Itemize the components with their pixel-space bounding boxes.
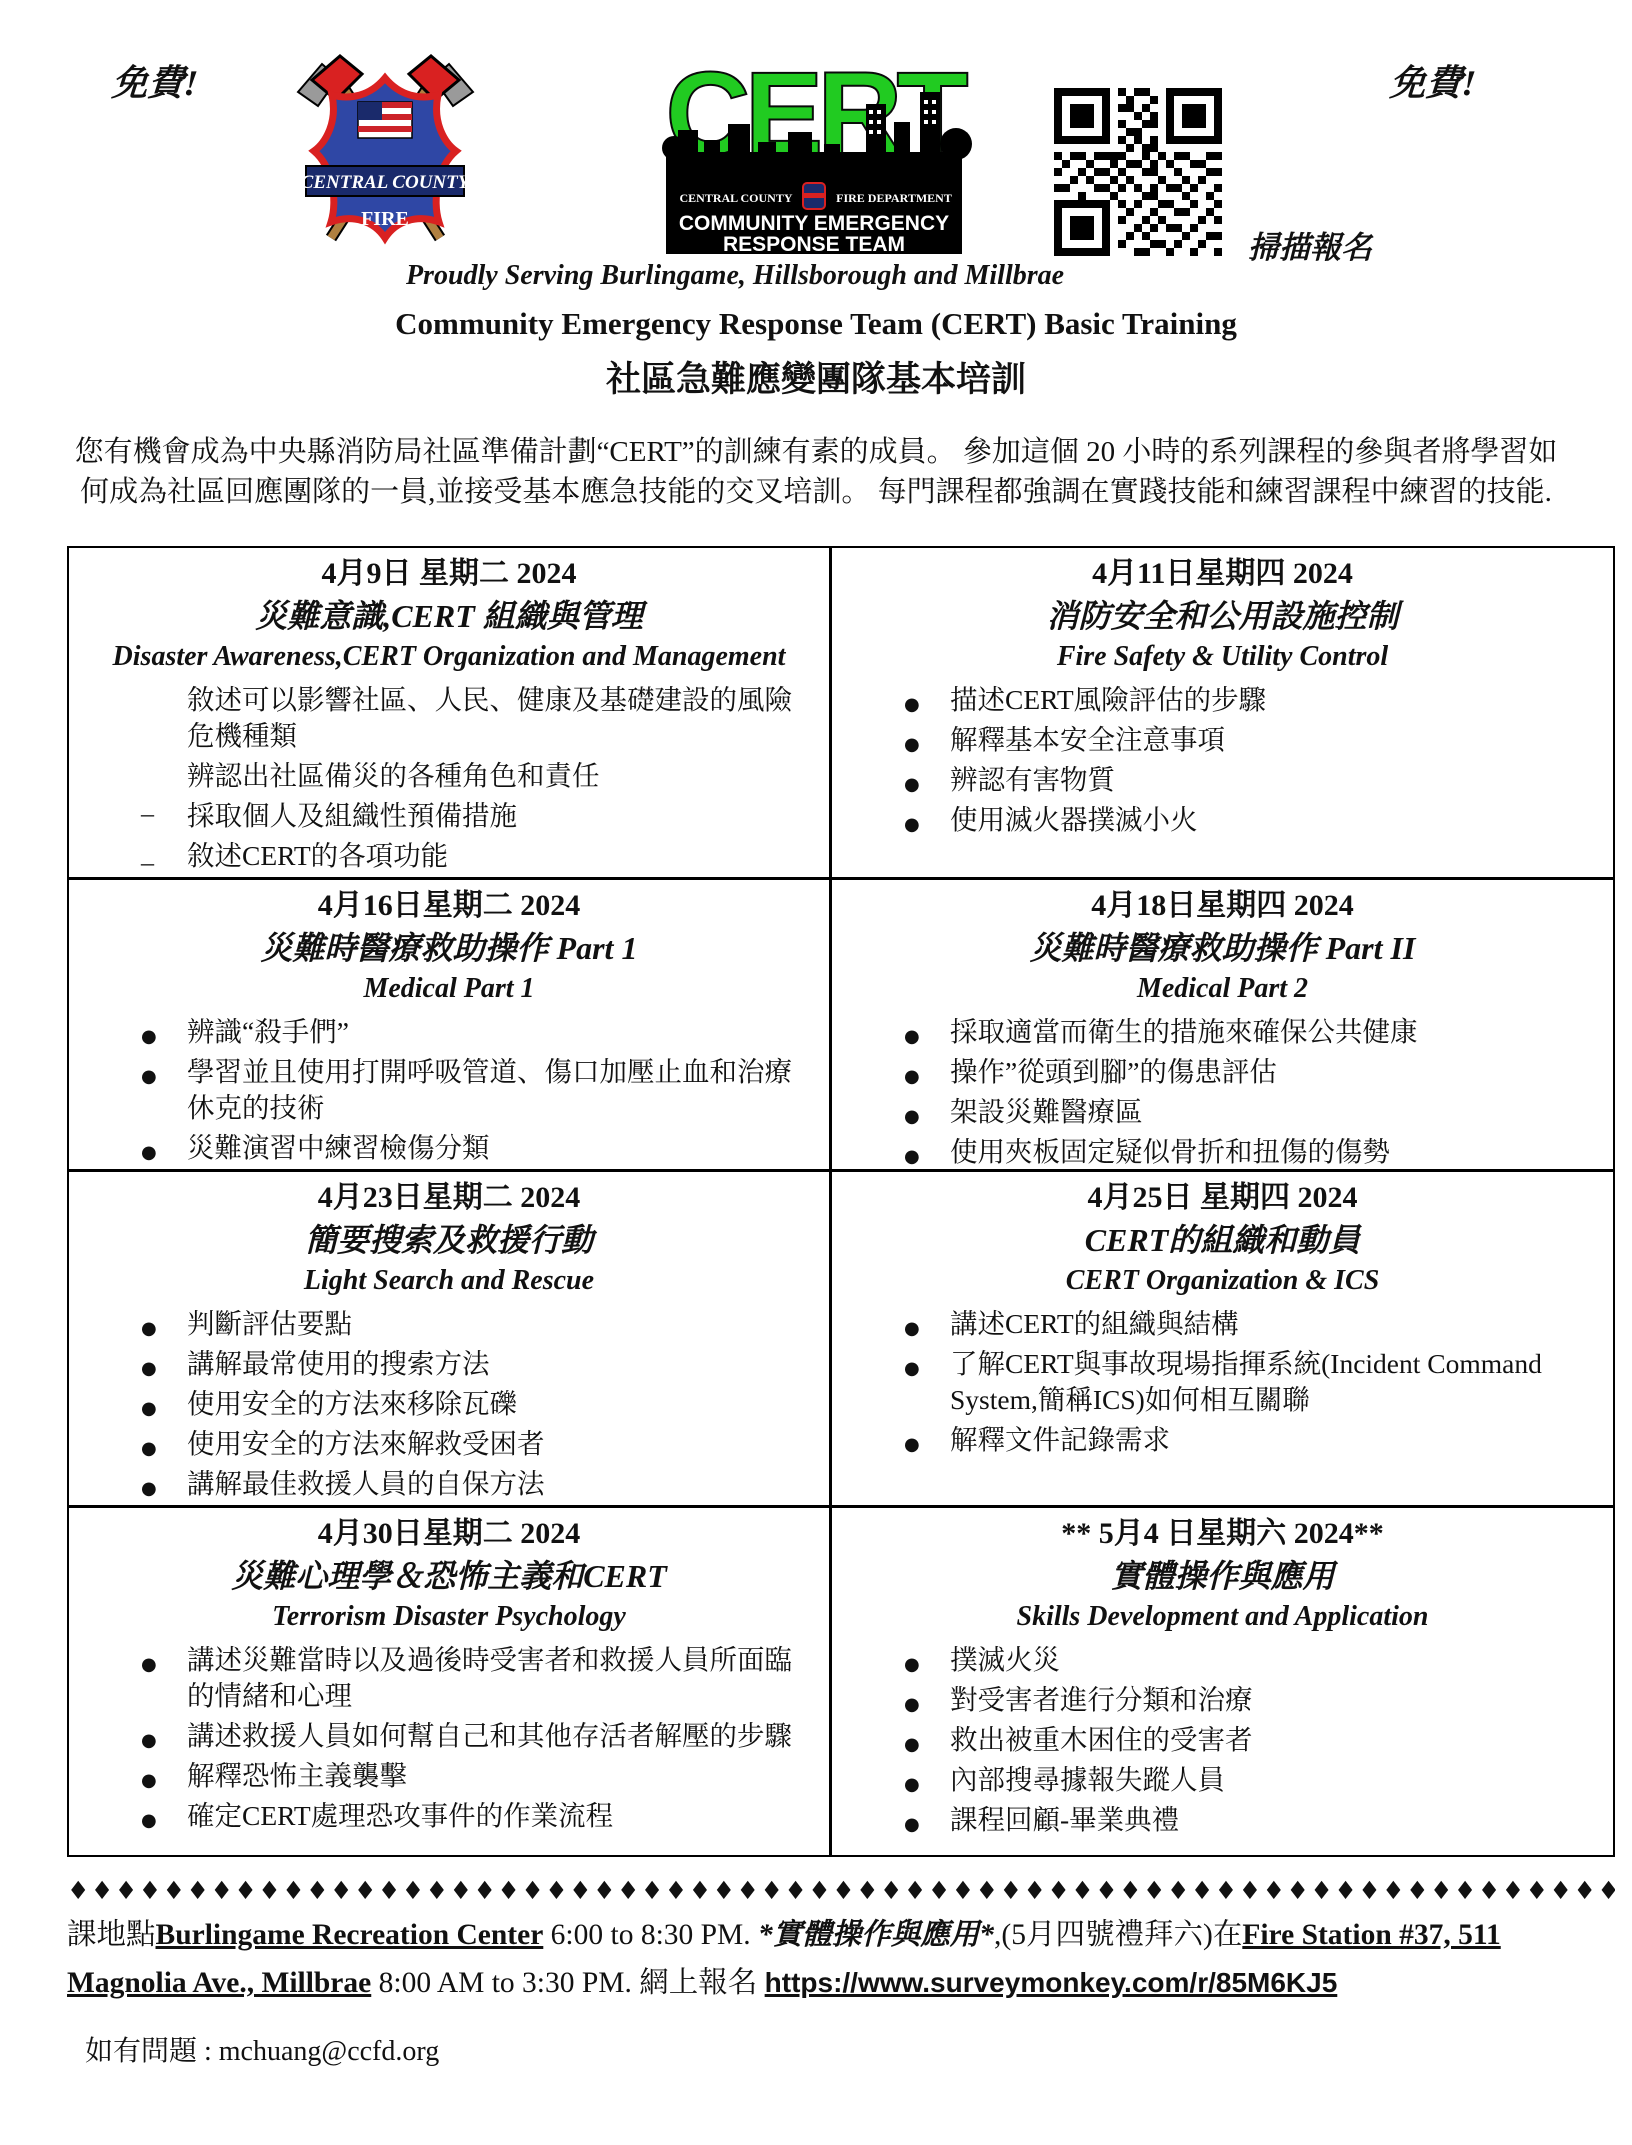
list-item: ●講解最佳救援人員的自保方法: [69, 1466, 829, 1502]
list-item-text: 講解最常使用的搜索方法: [187, 1348, 490, 1379]
list-item: ●使用夾板固定疑似骨折和扭傷的傷勢: [832, 1134, 1613, 1170]
list-item-text: 了解CERT與事故現場指揮系統(Incident Command System,…: [950, 1348, 1542, 1415]
diamond-row: ♦♦♦♦♦♦♦♦♦♦♦♦♦♦♦♦♦♦♦♦♦♦♦♦♦♦♦♦♦♦♦♦♦♦♦♦♦♦♦♦…: [67, 1876, 1615, 1905]
bullet-marker: ●: [904, 1807, 920, 1843]
list-item-text: 課程回顧-畢業典禮: [950, 1804, 1179, 1835]
bullet-marker: ●: [141, 1391, 157, 1427]
bullet-marker: ●: [141, 1431, 157, 1467]
bullet-marker: ●: [141, 1059, 157, 1095]
list-item-text: 使用滅火器撲滅小火: [950, 804, 1198, 835]
main-title-en: Community Emergency Response Team (CERT)…: [0, 306, 1632, 342]
list-item-text: 撲滅火災: [950, 1644, 1060, 1675]
session-title-en: Skills Development and Application: [832, 1598, 1613, 1636]
list-item: ●解釋基本安全注意事項: [832, 722, 1613, 758]
bullet-marker: ●: [904, 1427, 920, 1463]
list-item: ●使用安全的方法來解救受困者: [69, 1426, 829, 1462]
schedule-table: 4月9日 星期二 2024 災難意識,CERT 組織與管理 Disaster A…: [67, 546, 1615, 1857]
list-item: ●講述災難當時以及過後時受害者和救援人員所面臨的情緒和心理: [69, 1642, 829, 1714]
bullet-marker: ●: [141, 1019, 157, 1055]
bullet-marker: ●: [141, 1763, 157, 1799]
bullet-marker: ●: [904, 1767, 920, 1803]
list-item-text: 採取適當而衛生的措施來確保公共健康: [950, 1016, 1418, 1047]
bullet-marker: ●: [141, 1723, 157, 1759]
list-item-text: 解釋基本安全注意事項: [950, 724, 1225, 755]
list-item-text: 學習並且使用打開呼吸管道、傷口加壓止血和治療休克的技術: [187, 1056, 792, 1123]
qr-code[interactable]: [1048, 88, 1228, 256]
list-item-text: 架設災難醫療區: [950, 1096, 1143, 1127]
bullet-marker: ●: [141, 1311, 157, 1347]
bullet-marker: ●: [904, 1647, 920, 1683]
list-item-text: 敘述CERT的各項功能: [187, 840, 448, 871]
session-title-zh: 災難心理學＆恐怖主義和CERT: [69, 1554, 829, 1598]
session-title-zh: 災難時醫療救助操作 Part II: [832, 926, 1613, 970]
list-item-text: 辨認出社區備災的各種角色和責任: [187, 760, 600, 791]
list-item-text: 採取個人及組織性預備措施: [187, 800, 517, 831]
contact-label: 如有問題 :: [85, 2036, 219, 2067]
session-title-zh: 消防安全和公用設施控制: [832, 594, 1613, 638]
list-item-text: 判斷評估要點: [187, 1308, 352, 1339]
list-item: ●描述CERT風險評估的步驟: [832, 682, 1613, 718]
session-date: 4月30日星期二 2024: [69, 1514, 829, 1554]
bullet-marker: ●: [904, 1019, 920, 1055]
list-item: ●了解CERT與事故現場指揮系統(Incident Command System…: [832, 1346, 1613, 1418]
bullet-marker: ●: [141, 1803, 157, 1839]
list-item-text: 敘述可以影響社區、人民、健康及基礎建設的風險危機種類: [187, 684, 792, 751]
diamond-divider: ♦♦♦♦♦♦♦♦♦♦♦♦♦♦♦♦♦♦♦♦♦♦♦♦♦♦♦♦♦♦♦♦♦♦♦♦♦♦♦♦…: [67, 1867, 1615, 1908]
session-date: ** 5月4 日星期六 2024**: [832, 1514, 1613, 1554]
session-title-en: Medical Part 1: [69, 970, 829, 1008]
schedule-cell-apr16: 4月16日星期二 2024 災難時醫療救助操作 Part 1 Medical P…: [69, 880, 832, 1172]
bullet-marker: ●: [904, 727, 920, 763]
contact-email[interactable]: mchuang@ccfd.org: [219, 2036, 439, 2067]
list-item-text: 講解最佳救援人員的自保方法: [187, 1468, 545, 1499]
bullet-marker: ●: [904, 1311, 920, 1347]
session-title-zh: 實體操作與應用: [832, 1554, 1613, 1598]
bullet-marker: ●: [904, 1139, 920, 1172]
intro-paragraph: 您有機會成為中央縣消防局社區準備計劃“CERT”的訓練有素的成員。 參加這個 2…: [71, 432, 1561, 512]
flyer-page: 免費! CENTRAL COUNTY: [0, 0, 1632, 2145]
skills-session-label: *實體操作與應用*: [758, 1919, 994, 1951]
bullet-marker: ●: [904, 1351, 920, 1387]
list-item-text: 內部搜尋據報失蹤人員: [950, 1764, 1225, 1795]
bullet-marker: ●: [904, 687, 920, 723]
fd-badge-icon: [803, 183, 825, 209]
free-label-left: 免費!: [110, 55, 200, 106]
list-item: ●講述救援人員如何幫自己和其他存活者解壓的步驟: [69, 1718, 829, 1754]
list-item: ●學習並且使用打開呼吸管道、傷口加壓止血和治療休克的技術: [69, 1054, 829, 1126]
list-item-text: 講述CERT的組織與結構: [950, 1308, 1239, 1339]
schedule-cell-apr30: 4月30日星期二 2024 災難心理學＆恐怖主義和CERT Terrorism …: [69, 1508, 832, 1855]
list-item-text: 使用夾板固定疑似骨折和扭傷的傷勢: [950, 1136, 1390, 1167]
list-item: ●災難演習中練習檢傷分類: [69, 1130, 829, 1166]
list-item: ●使用滅火器撲滅小火: [832, 802, 1613, 838]
dash-marker: _: [141, 836, 154, 872]
cert-line2-label: COMMUNITY EMERGENCY: [679, 212, 949, 235]
list-item: ●對受害者進行分類和治療: [832, 1682, 1613, 1718]
list-item-text: 辨識“殺手們”: [187, 1016, 349, 1047]
list-item-text: 使用安全的方法來移除瓦礫: [187, 1388, 517, 1419]
session-title-zh: CERT的組織和動員: [832, 1218, 1613, 1262]
session-date: 4月23日星期二 2024: [69, 1178, 829, 1218]
schedule-cell-apr23: 4月23日星期二 2024 簡要搜索及救援行動 Light Search and…: [69, 1172, 832, 1508]
session-title-en: Fire Safety & Utility Control: [832, 638, 1613, 676]
list-item: ●內部搜尋據報失蹤人員: [832, 1762, 1613, 1798]
list-item-text: 講述災難當時以及過後時受害者和救援人員所面臨的情緒和心理: [187, 1644, 792, 1711]
us-flag-icon: [358, 102, 412, 138]
footer-text: ,(5月四號禮拜六)在: [994, 1919, 1242, 1951]
list-item: ●講述CERT的組織與結構: [832, 1306, 1613, 1342]
flyer-header: 免費! CENTRAL COUNTY: [0, 0, 1632, 300]
schedule-cell-apr11: 4月11日星期四 2024 消防安全和公用設施控制 Fire Safety & …: [832, 548, 1613, 880]
list-item: ●講解最常使用的搜索方法: [69, 1346, 829, 1382]
session-title-en: Light Search and Rescue: [69, 1262, 829, 1300]
list-item: 敘述可以影響社區、人民、健康及基礎建設的風險危機種類: [69, 682, 829, 754]
footer-text: 8:00 AM to 3:30 PM. 網上報名: [371, 1967, 764, 1999]
schedule-cell-may4: ** 5月4 日星期六 2024** 實體操作與應用 Skills Develo…: [832, 1508, 1613, 1855]
bullet-marker: ●: [904, 1059, 920, 1095]
crest-banner-label: CENTRAL COUNTY: [301, 172, 472, 193]
bullet-marker: ●: [141, 1351, 157, 1387]
crest-fire-label: FIRE: [361, 208, 409, 230]
list-item-text: 災難演習中練習檢傷分類: [187, 1132, 490, 1163]
session-date: 4月25日 星期四 2024: [832, 1178, 1613, 1218]
schedule-cell-apr25: 4月25日 星期四 2024 CERT的組織和動員 CERT Organizat…: [832, 1172, 1613, 1508]
free-label-right: 免費!: [1388, 55, 1478, 106]
schedule-cell-apr9: 4月9日 星期二 2024 災難意識,CERT 組織與管理 Disaster A…: [69, 548, 832, 880]
bullet-marker: ●: [904, 807, 920, 843]
list-item: ●課程回顧-畢業典禮: [832, 1802, 1613, 1838]
list-item: ●解釋恐怖主義襲擊: [69, 1758, 829, 1794]
cert-logo: CERT: [638, 52, 990, 257]
bullet-marker: ●: [904, 767, 920, 803]
list-item: ●解釋文件記錄需求: [832, 1422, 1613, 1458]
list-item: ●確定CERT處理恐攻事件的作業流程: [69, 1798, 829, 1834]
session-title-zh: 災難意識,CERT 組織與管理: [69, 594, 829, 638]
bullet-marker: ●: [904, 1687, 920, 1723]
list-item: ●辨認有害物質: [832, 762, 1613, 798]
list-item-text: 使用安全的方法來解救受困者: [187, 1428, 545, 1459]
list-item-text: 對受害者進行分類和治療: [950, 1684, 1253, 1715]
session-date: 4月11日星期四 2024: [832, 554, 1613, 594]
list-item: ●架設災難醫療區: [832, 1094, 1613, 1130]
bullet-marker: ●: [904, 1099, 920, 1135]
cert-dept-left-label: CENTRAL COUNTY: [679, 191, 792, 205]
session-date: 4月9日 星期二 2024: [69, 554, 829, 594]
list-item-text: 解釋文件記錄需求: [950, 1424, 1170, 1455]
list-item-text: 描述CERT風險評估的步驟: [950, 684, 1266, 715]
main-title-zh: 社區急難應變團隊基本培訓: [0, 352, 1632, 402]
bullet-marker: ●: [141, 1471, 157, 1507]
cert-dept-right-label: FIRE DEPARTMENT: [836, 191, 952, 205]
location-name: Burlingame Recreation Center: [156, 1919, 544, 1951]
list-item: ●操作”從頭到腳”的傷患評估: [832, 1054, 1613, 1090]
list-item-text: 講述救援人員如何幫自己和其他存活者解壓的步驟: [187, 1720, 792, 1751]
list-item: 辨認出社區備災的各種角色和責任: [69, 758, 829, 794]
list-item-text: 辨認有害物質: [950, 764, 1115, 795]
list-item-text: 救出被重木困住的受害者: [950, 1724, 1253, 1755]
list-item: ●撲滅火災: [832, 1642, 1613, 1678]
central-county-fire-logo: CENTRAL COUNTY FIRE: [278, 50, 493, 252]
bullet-marker: ●: [141, 1135, 157, 1171]
list-item: ●辨識“殺手們”: [69, 1014, 829, 1050]
list-item-text: 解釋恐怖主義襲擊: [187, 1760, 407, 1791]
session-date: 4月16日星期二 2024: [69, 886, 829, 926]
session-title-en: Terrorism Disaster Psychology: [69, 1598, 829, 1636]
session-title-zh: 災難時醫療救助操作 Part 1: [69, 926, 829, 970]
list-item: _敘述CERT的各項功能: [69, 838, 829, 874]
bullet-marker: ●: [904, 1727, 920, 1763]
list-item: ●採取適當而衛生的措施來確保公共健康: [832, 1014, 1613, 1050]
session-title-en: Medical Part 2: [832, 970, 1613, 1008]
list-item: ●使用安全的方法來移除瓦礫: [69, 1386, 829, 1422]
schedule-cell-apr18: 4月18日星期四 2024 災難時醫療救助操作 Part II Medical …: [832, 880, 1613, 1172]
list-item-text: 操作”從頭到腳”的傷患評估: [950, 1056, 1277, 1087]
footer-text: 6:00 to 8:30 PM.: [543, 1919, 758, 1951]
list-item-text: 確定CERT處理恐攻事件的作業流程: [187, 1800, 613, 1831]
serving-tagline: Proudly Serving Burlingame, Hillsborough…: [0, 260, 1470, 292]
list-item: –採取個人及組織性預備措施: [69, 798, 829, 834]
session-title-zh: 簡要搜索及救援行動: [69, 1218, 829, 1262]
footer-details: 課地點Burlingame Recreation Center 6:00 to …: [67, 1912, 1613, 2007]
session-title-en: CERT Organization & ICS: [832, 1262, 1613, 1300]
list-item: ●救出被重木困住的受害者: [832, 1722, 1613, 1758]
list-item: ●判斷評估要點: [69, 1306, 829, 1342]
session-title-en: Disaster Awareness,CERT Organization and…: [69, 638, 829, 676]
session-date: 4月18日星期四 2024: [832, 886, 1613, 926]
footer-text: 課地點: [67, 1919, 156, 1951]
dash-marker: –: [141, 796, 154, 832]
registration-link[interactable]: https://www.surveymonkey.com/r/85M6KJ5: [765, 1967, 1338, 1998]
cert-line3-label: RESPONSE TEAM: [723, 233, 905, 256]
contact-line: 如有問題 : mchuang@ccfd.org: [85, 2029, 1632, 2069]
bullet-marker: ●: [141, 1647, 157, 1683]
